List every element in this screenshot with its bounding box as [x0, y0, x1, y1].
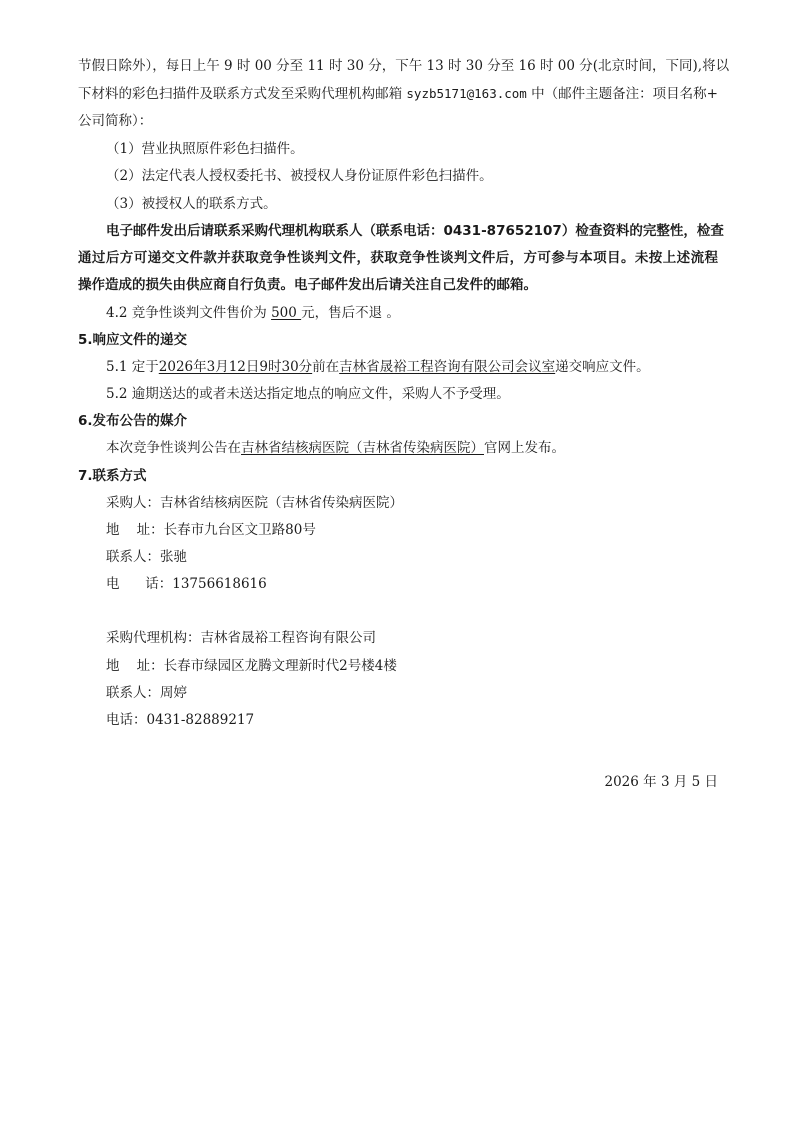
notice-line-2: 通过后方可递交文件款并获取竞争性谈判文件，获取竞争性谈判文件后，方可参与本项目。…	[78, 248, 718, 268]
section-6-heading: 6.发布公告的媒介	[78, 411, 187, 431]
agency-contact-label: 联系人：	[106, 685, 160, 701]
agency-email: syzb5171@163.com	[406, 86, 526, 101]
item-5-1-suffix: 递交响应文件。	[555, 359, 650, 375]
notice-line-3: 操作造成的损失由供应商自行负责。电子邮件发出后请关注自己发件的邮箱。	[78, 275, 537, 295]
price-prefix: 4.2 竞争性谈判文件售价为	[106, 305, 271, 321]
purchaser-contact: 张驰	[160, 549, 187, 565]
purchaser-address-label: 地 址：	[106, 522, 164, 538]
intro-line-2-prefix: 下材料的彩色扫描件及联系方式发至采购代理机构邮箱	[78, 86, 406, 102]
agency-phone: 0431-82889217	[147, 712, 255, 728]
agency-name: 吉林省晟裕工程咨询有限公司	[201, 630, 377, 646]
intro-line-2: 下材料的彩色扫描件及联系方式发至采购代理机构邮箱 syzb5171@163.co…	[78, 84, 718, 104]
section-5-item-1: 5.1 定于2026年3月12日9时30分前在吉林省晟裕工程咨询有限公司会议室递…	[106, 357, 650, 377]
purchaser-contact-row: 联系人：张驰	[106, 547, 187, 567]
material-item-2: （2）法定代表人授权委托书、被授权人身份证原件彩色扫描件。	[106, 166, 493, 186]
agency-address-label: 地 址：	[106, 658, 164, 674]
agency-address-row: 地 址：长春市绿园区龙腾文理新时代2号楼4楼	[106, 656, 397, 676]
section-6-text: 本次竞争性谈判公告在吉林省结核病医院（吉林省传染病医院）官网上发布。	[106, 438, 565, 458]
section-7-heading: 7.联系方式	[78, 466, 147, 486]
intro-line-1: 节假日除外），每日上午 9 时 00 分至 11 时 30 分，下午 13 时 …	[78, 56, 718, 76]
section-6-prefix: 本次竞争性谈判公告在	[106, 440, 241, 456]
section-6-suffix: 官网上发布。	[484, 440, 565, 456]
agency-phone-row: 电话：0431-82889217	[106, 710, 254, 730]
agency-name-row: 采购代理机构：吉林省晟裕工程咨询有限公司	[106, 628, 376, 648]
purchaser-address-row: 地 址：长春市九台区文卫路80号	[106, 520, 316, 540]
submission-deadline: 2026年3月12日9时30分	[159, 359, 312, 375]
agency-contact-row: 联系人：周婷	[106, 683, 187, 703]
section-5-heading: 5.响应文件的递交	[78, 330, 187, 350]
material-item-3: （3）被授权人的联系方式。	[106, 194, 277, 214]
item-5-1-prefix: 5.1 定于	[106, 359, 159, 375]
agency-name-label: 采购代理机构：	[106, 630, 201, 646]
purchaser-contact-label: 联系人：	[106, 549, 160, 565]
material-item-1: （1）营业执照原件彩色扫描件。	[106, 139, 304, 159]
document-date: 2026 年 3 月 5 日	[605, 772, 719, 792]
purchaser-phone-row: 电 话：13756618616	[106, 574, 267, 594]
purchaser-address: 长春市九台区文卫路80号	[164, 522, 316, 538]
intro-line-3: 公司简称）：	[78, 111, 152, 131]
purchaser-phone: 13756618616	[172, 576, 266, 592]
agency-contact: 周婷	[160, 685, 187, 701]
notice-line-1: 电子邮件发出后请联系采购代理机构联系人（联系电话：0431-87652107）检…	[106, 221, 718, 241]
purchaser-name: 吉林省结核病医院（吉林省传染病医院）	[160, 495, 403, 511]
price-amount: 500	[271, 305, 301, 321]
publication-media: 吉林省结核病医院（吉林省传染病医院）	[241, 440, 484, 456]
agency-phone-label: 电话：	[106, 712, 147, 728]
submission-location: 吉林省晟裕工程咨询有限公司会议室	[339, 359, 555, 375]
purchaser-phone-label: 电 话：	[106, 576, 172, 592]
section-5-item-2: 5.2 逾期送达的或者未送达指定地点的响应文件，采购人不予受理。	[106, 384, 510, 404]
item-5-1-middle: 前在	[312, 359, 339, 375]
intro-line-2-suffix: 中（邮件主题备注：项目名称+	[527, 86, 718, 102]
agency-address: 长春市绿园区龙腾文理新时代2号楼4楼	[164, 658, 397, 674]
purchaser-name-row: 采购人：吉林省结核病医院（吉林省传染病医院）	[106, 493, 403, 513]
purchaser-name-label: 采购人：	[106, 495, 160, 511]
price-line: 4.2 竞争性谈判文件售价为 500 元，售后不退 。	[106, 303, 400, 323]
price-suffix: 元，售后不退 。	[301, 305, 400, 321]
